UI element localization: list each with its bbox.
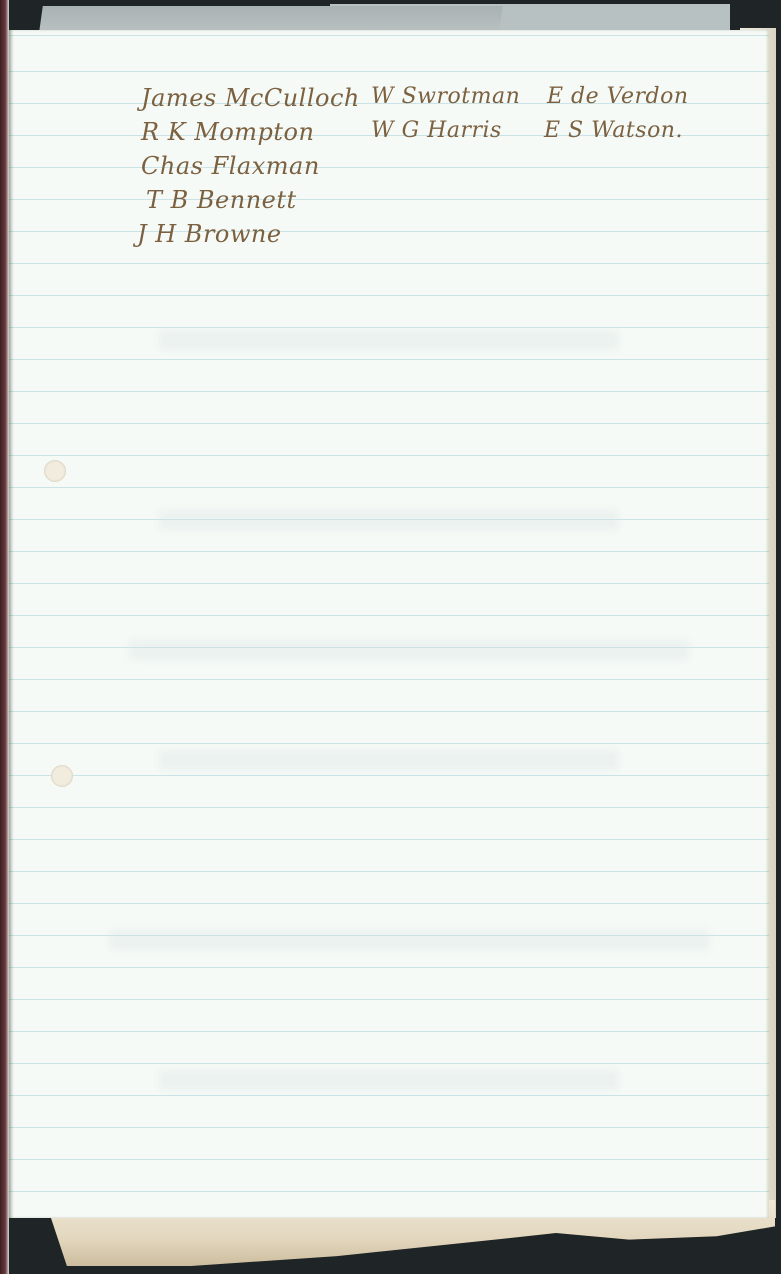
punch-hole-mark xyxy=(44,460,66,482)
show-through-ink xyxy=(159,750,619,770)
signature-tb-bennett: T B Bennett xyxy=(146,188,297,212)
show-through-ink xyxy=(159,330,619,350)
show-through-ink xyxy=(159,1070,619,1090)
document-left-binding-edge xyxy=(0,0,9,1274)
signature-james-mcculloch: James McCulloch xyxy=(141,86,360,110)
signature-w-swrotman: W Swrotman xyxy=(371,86,520,108)
punch-hole-mark xyxy=(51,765,73,787)
ruled-paper-page: James McCulloch R K Mompton Chas Flaxman… xyxy=(9,30,769,1218)
signature-es-watson: E S Watson. xyxy=(544,120,683,142)
signature-rk-mompton: R K Mompton xyxy=(141,120,314,144)
signature-jh-browne: J H Browne xyxy=(137,222,282,246)
signature-e-de-verdon: E de Verdon xyxy=(547,86,689,108)
show-through-ink xyxy=(159,510,619,530)
show-through-ink xyxy=(129,640,689,660)
signature-wg-harris: W G Harris xyxy=(371,120,502,142)
signature-chas-flaxman: Chas Flaxman xyxy=(141,154,320,178)
show-through-ink xyxy=(109,930,709,950)
